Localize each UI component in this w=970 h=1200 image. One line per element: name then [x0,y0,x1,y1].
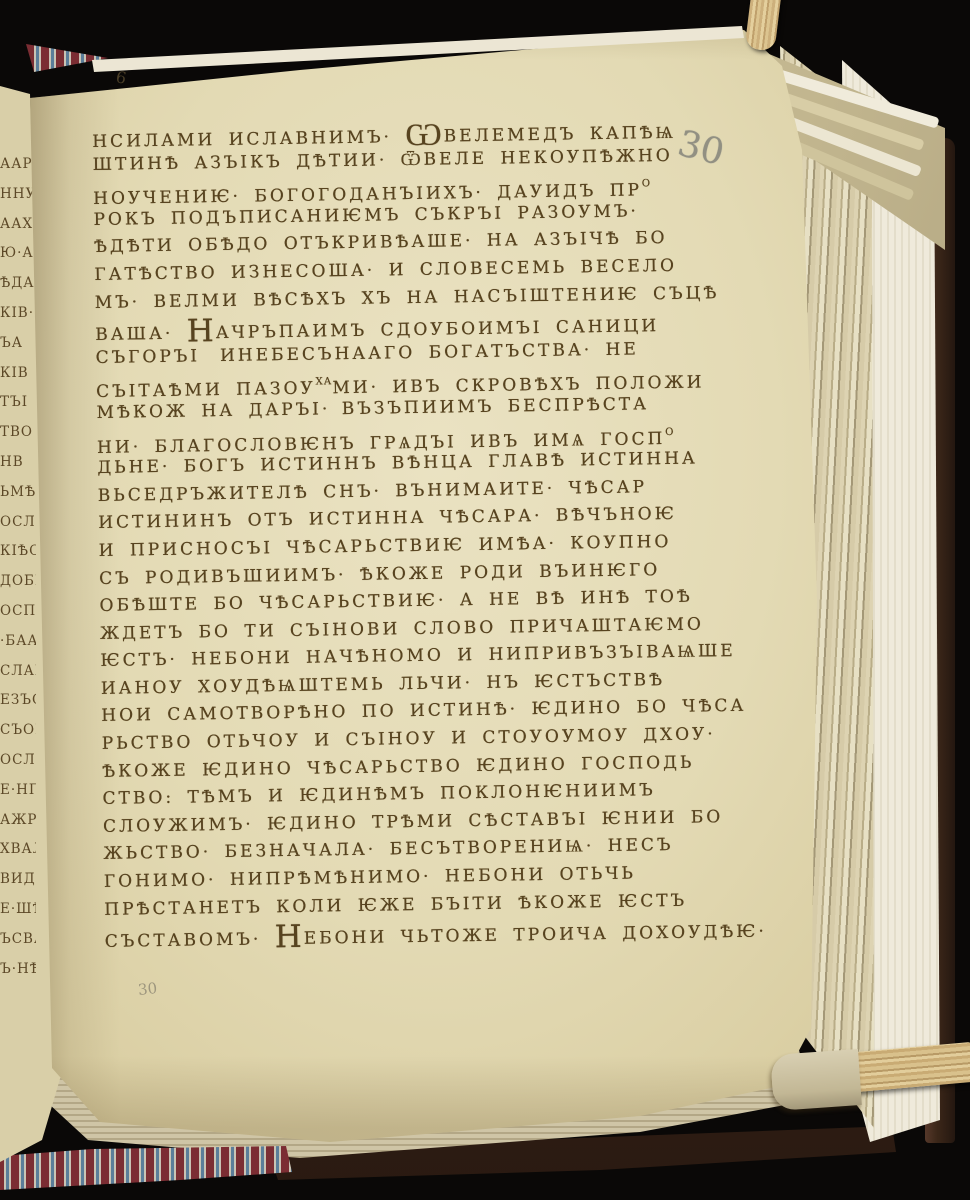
facing-page-text-fragment: ТВО [0,418,36,448]
facing-page-text-fragment: ОСЛІВ [0,746,36,776]
facing-page-text-fragment: ДОБИ [0,567,36,597]
facing-page-text-fragment: ХВАЛИ [0,835,36,865]
facing-page-text-fragment: ТЪІ [0,388,36,418]
folio-number-pencil-bottom: 30 [137,979,158,999]
facing-page-text-fragment: ѢДА [0,269,36,299]
facing-page-text-fragment: ·БААТ [0,627,36,657]
facing-page-text-fragment: ЪА [0,329,36,359]
manuscript-text-block: НСИЛАМИ ИСЛАВНИМЪ· ѠВЕЛЕМЕДЪ КАПѢѨШТИНѢ … [92,114,745,952]
facing-page-text-fragment: КІѢС [0,537,36,567]
facing-page-text-fragment: ОСЛОВ [0,508,36,538]
facing-page-text-fragment: КІВ· [0,299,36,329]
facing-page-text-fragment: КІВ [0,359,36,389]
facing-page-text-fragment: ЬМѢ [0,478,36,508]
facing-page-text-fragment: Ю·АН [0,239,36,269]
wooden-stick-top [745,0,782,52]
facing-page-text-fragment: Ъ·НѢГ [0,955,36,985]
facing-page-text-fragment: ННУ [0,180,36,210]
page-corner-tab [770,1049,862,1111]
facing-page-text-fragment: ААХ [0,210,36,240]
facing-page-text-fragment: ВИДѢ [0,865,36,895]
quire-mark: 6 [114,67,128,88]
facing-page-text-fragments: ААРННУААХЮ·АНѢДАКІВ·ЪАКІВТЪІТВОНВЬМѢОСЛО… [0,150,36,984]
photo-background: ААРННУААХЮ·АНѢДАКІВ·ЪАКІВТЪІТВОНВЬМѢОСЛО… [0,0,970,1200]
facing-page-text-fragment: НВ [0,448,36,478]
facing-page-text-fragment: ААР [0,150,36,180]
facing-page-text-fragment: Е·НПАК [0,776,36,806]
facing-page-text-fragment: ЪСВАТ [0,925,36,955]
facing-page-text-fragment: СЛАВ [0,657,36,687]
facing-page-text-fragment: СЪОБ [0,716,36,746]
facing-page-text-fragment: Е·ШѢ [0,895,36,925]
facing-page-text-fragment: ЕЗЪО [0,686,36,716]
facing-page-text-fragment: ОСПОД [0,597,36,627]
facing-page-text-fragment: АЖРѢ [0,806,36,836]
